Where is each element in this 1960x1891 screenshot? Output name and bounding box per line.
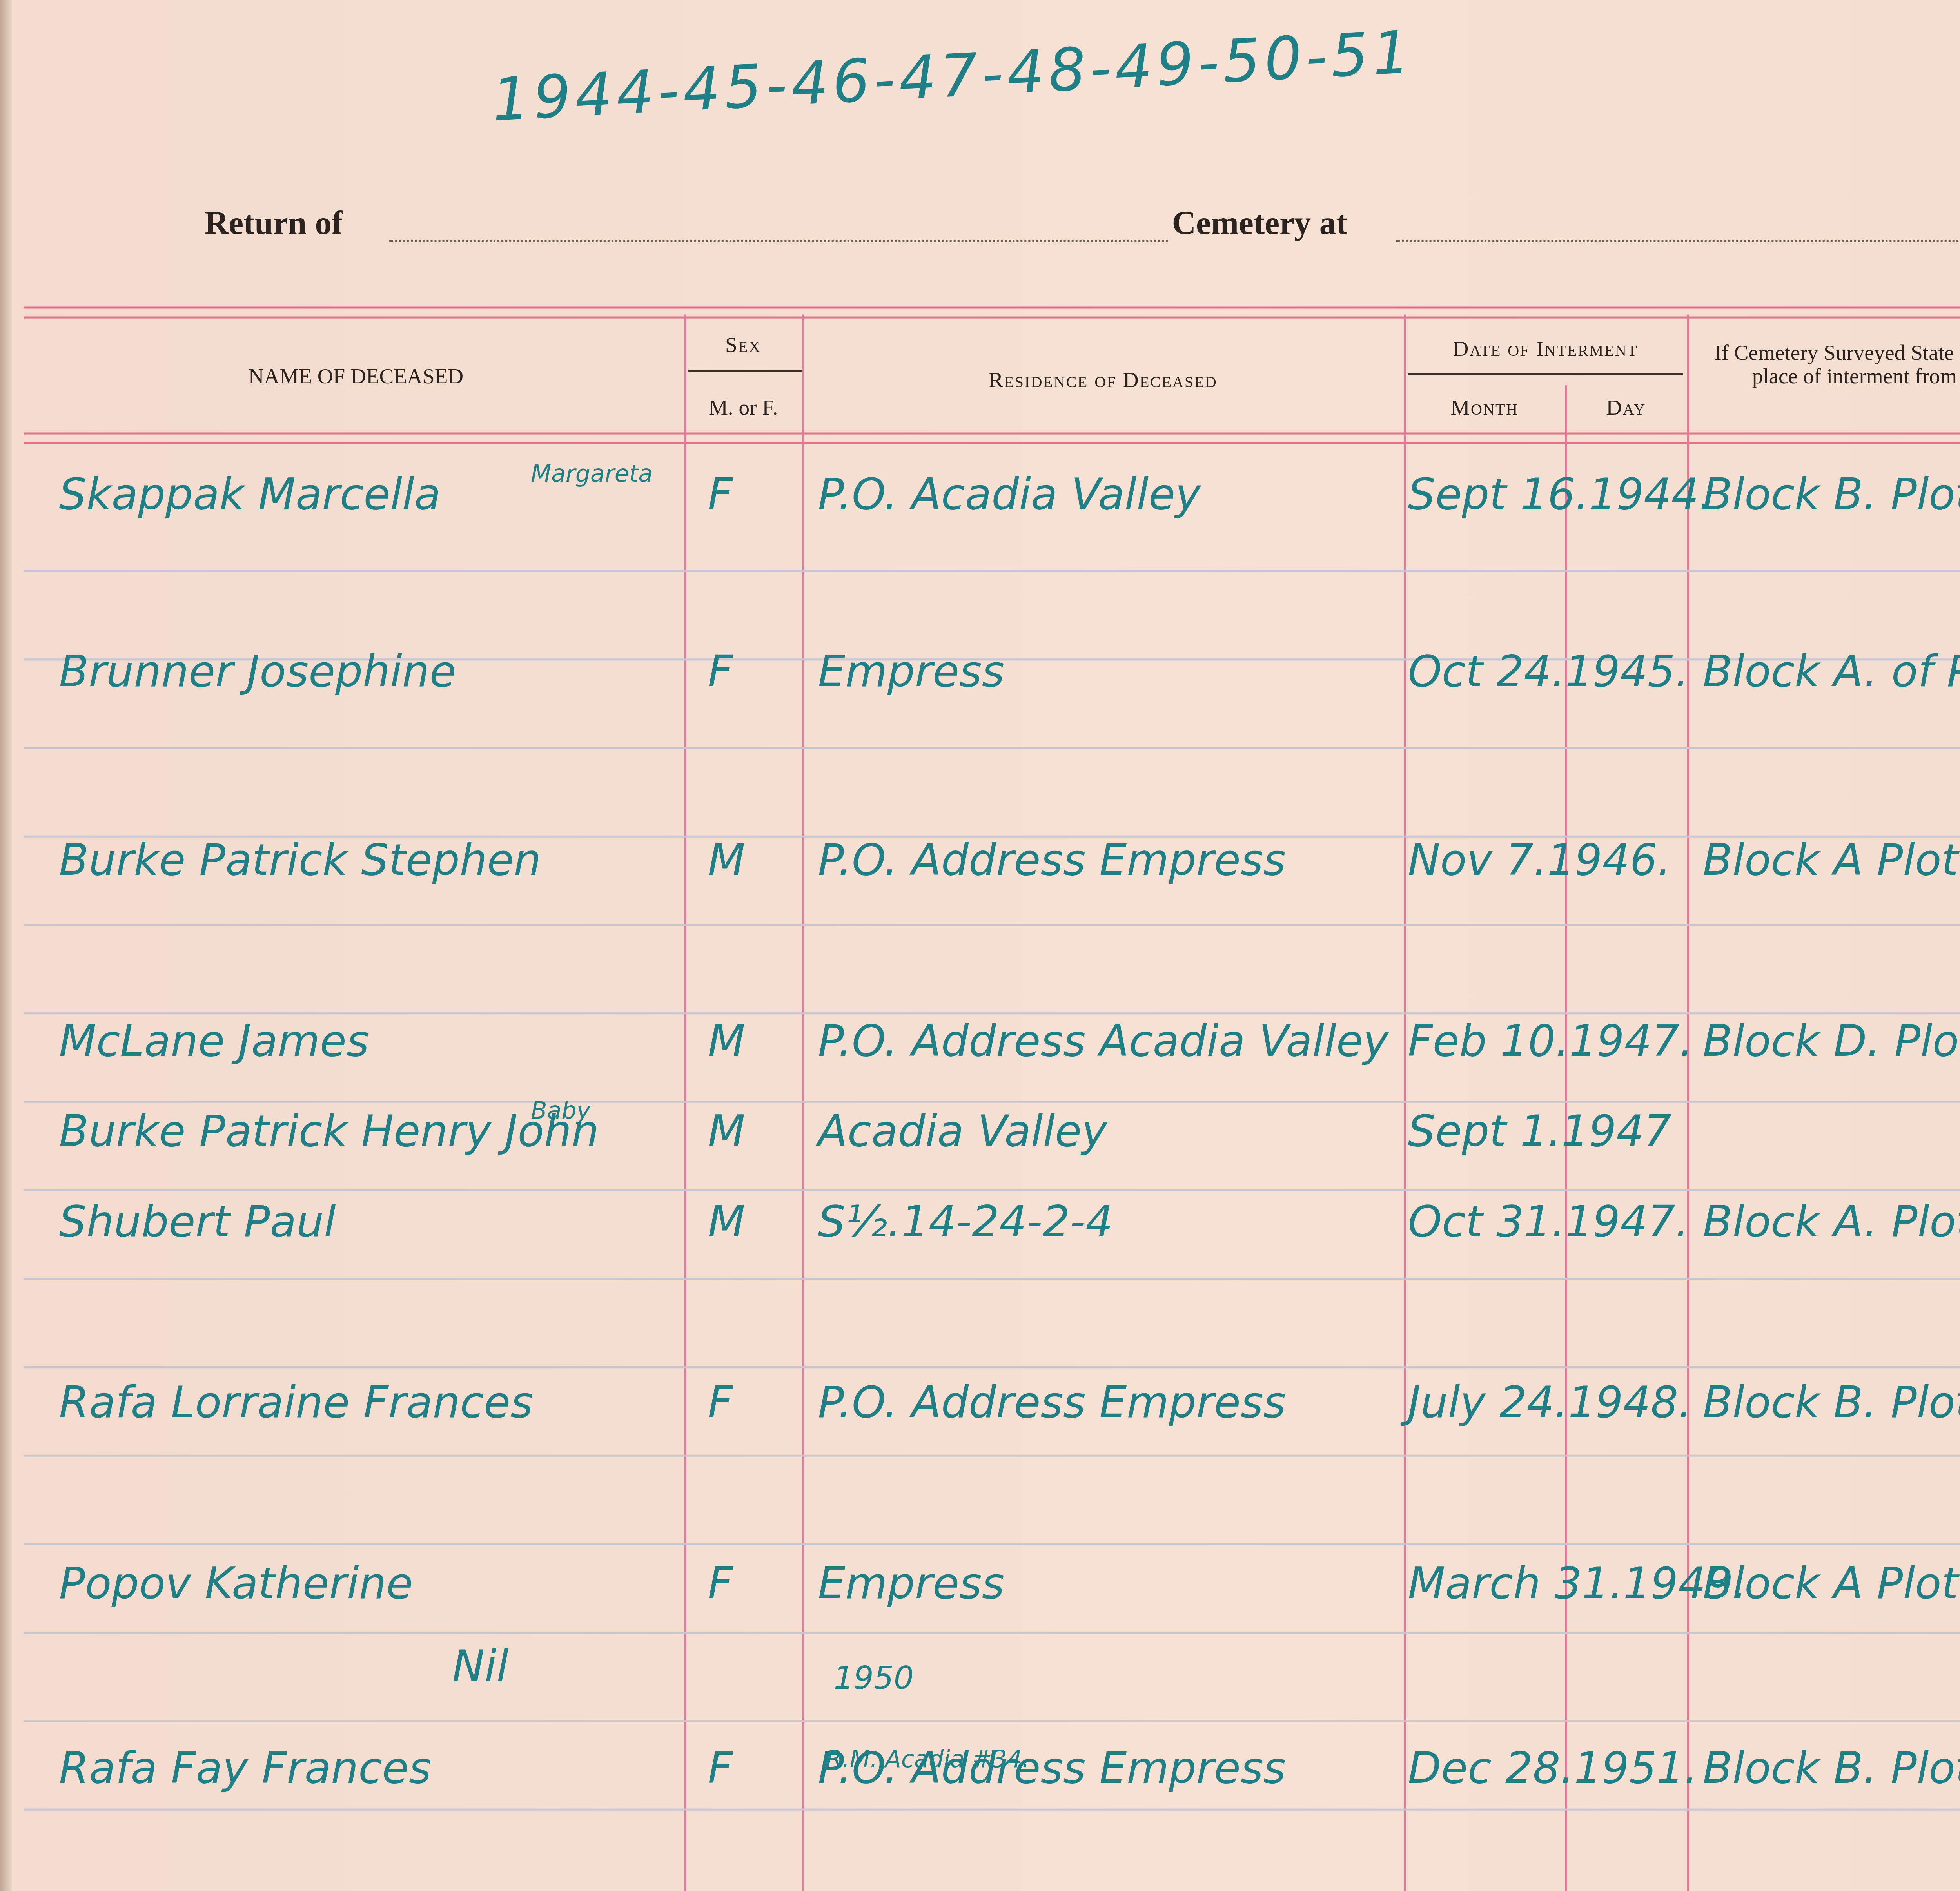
cell-name-note: Margareta [531,460,653,488]
cell-lot: Block B. Plot 23 in Plot. [1703,1380,1960,1429]
cemetery-at-label: Cemetery at [1172,205,1347,244]
cell-lot: Block A Plot 41. of Plot. [1703,1561,1960,1610]
cell-name: Skappak Marcella [59,472,441,521]
header-top-rule [24,306,1960,318]
cell-name: Brunner Josephine [59,649,456,698]
cell-date: Nov 7.1946. [1408,838,1671,887]
cell-date: Oct 24.1945. [1408,649,1689,698]
ruled-line [24,747,1960,749]
sex-divider [688,370,802,372]
ruled-line [24,924,1960,926]
ruled-line [24,1632,1960,1634]
cell-residence: Empress [818,649,1005,698]
cell-lot: Block A Plot 79 [1703,838,1960,887]
ruled-line [24,1189,1960,1191]
cemetery-return-ledger-page: 1944-45-46-47-48-49-50-51 Return of Ceme… [0,0,1960,1891]
cell-date: July 24.1948. [1408,1380,1692,1429]
cell-name: Popov Katherine [59,1561,413,1610]
cell-name: Shubert Paul [59,1199,336,1248]
date-divider [1408,373,1683,375]
cell-date: Sept 1.1947 [1408,1109,1671,1158]
col-header-day: Day [1565,397,1687,421]
cell-name: Nil [452,1643,509,1692]
ruled-line [24,1455,1960,1457]
cell-residence: P.O. Acadia Valley [818,472,1201,521]
cell-sex: F [708,472,733,521]
ledger-stage: 1944-45-46-47-48-49-50-51 Return of Ceme… [0,0,1960,1891]
cell-sex: M [708,1109,745,1158]
cell-residence: Acadia Valley [818,1109,1107,1158]
col-header-residence: Residence of Deceased [802,370,1404,393]
cell-sex: M [708,838,745,887]
cell-residence: Empress [818,1561,1005,1610]
cell-name: Burke Patrick Stephen [59,838,541,887]
cell-residence: P.O. Address Empress [818,1380,1286,1429]
ruled-line [24,570,1960,572]
cell-residence-note: R.M. Acadia #34. [826,1746,1029,1773]
cemetery-at-blank [1396,240,1960,242]
ruled-line [24,1012,1960,1014]
cell-date: March 31.1949. [1408,1561,1747,1610]
cell-name: Rafa Lorraine Frances [59,1380,533,1429]
cell-residence: P.O. Address Acadia Valley [818,1018,1389,1067]
cell-name: Rafa Fay Frances [59,1746,431,1795]
ruled-line [24,1366,1960,1368]
cell-date: Feb 10.1947. [1408,1018,1693,1067]
cell-lot: Block A. Plot 74. [1703,1199,1960,1248]
cell-lot: Block B. Plot 5 [1703,472,1960,521]
ruled-line [24,1720,1960,1722]
cell-residence: S½.14-24-2-4 [818,1199,1113,1248]
cell-residence: P.O. Address Empress [818,838,1286,887]
cell-lot: Block A. of Plots 42.43 [1703,649,1960,698]
cell-sex: F [708,1561,733,1610]
col-header-sex: Sex [684,334,802,358]
cell-lot: Block B. Plot 22. of Plot. [1703,1746,1960,1795]
cell-date: Oct 31.1947. [1408,1199,1689,1248]
cell-sex: F [708,1746,733,1795]
return-of-label: Return of [205,205,343,244]
header-bottom-rule [24,432,1960,444]
cell-name: Burke Patrick Henry John [59,1109,599,1158]
cell-residence: 1950 [834,1659,914,1696]
col-header-date: Date of Interment [1404,338,1687,362]
col-header-lot: If Cemetery Surveyed State Number of Lot… [1703,342,1960,389]
form-title-line: Return of Cemetery at for Quarter ending… [0,205,1960,252]
cell-date: Sept 16.1944. [1408,472,1713,521]
return-of-blank [389,240,1168,242]
cell-sex: F [708,1380,733,1429]
col-header-name: NAME OF DECEASED [27,366,684,389]
ruled-line [24,1809,1960,1811]
cell-lot: Block D. Plot 8. [1703,1018,1960,1067]
col-header-sex-sub: M. or F. [684,397,802,421]
handwritten-years: 1944-45-46-47-48-49-50-51 [490,19,1416,136]
ruled-line [24,1278,1960,1280]
cell-sex: M [708,1018,745,1067]
col-header-month: Month [1404,397,1565,421]
ruled-line [24,1543,1960,1545]
ruled-line [24,1101,1960,1103]
cell-sex: F [708,649,733,698]
cell-sex: M [708,1199,745,1248]
cell-date: Dec 28.1951. [1408,1746,1698,1795]
cell-name-note: Baby [531,1097,590,1124]
cell-name: McLane James [59,1018,369,1067]
